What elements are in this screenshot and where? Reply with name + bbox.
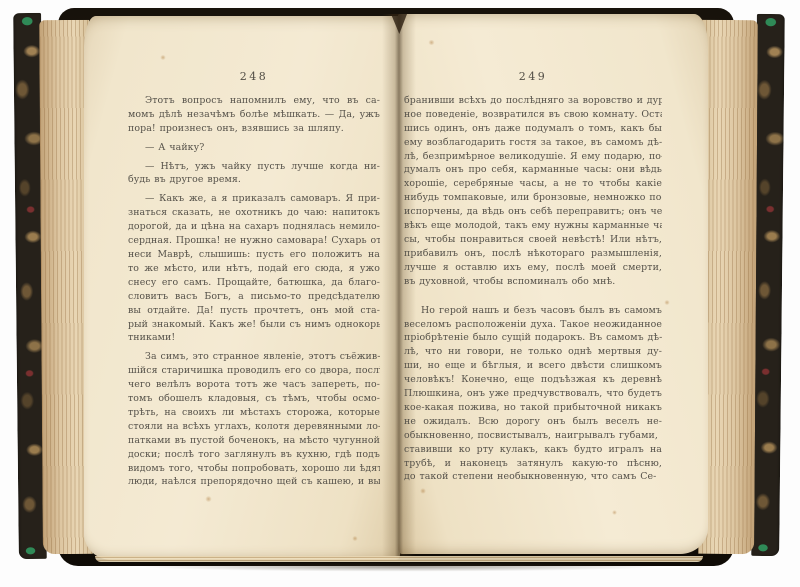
text-line: Плюшкина, онъ уже предчувствовалъ, что б… [404,387,662,401]
text-line: лучше я оставлю ихъ ему, послѣ моей смер… [404,261,662,275]
right-page-number: 249 [404,70,662,84]
paragraph: Этотъ вопросъ напомнилъ ему, что въ са-м… [128,94,380,136]
text-line: ему возблагодарить гостя за такое, въ са… [404,136,662,150]
foxing-spot [612,510,617,515]
text-line: снесу его самъ. Прощайте, батюшка, да бл… [128,276,380,290]
text-line: неси Маврѣ, слышишь: пусть его положитъ … [128,248,380,262]
text-line: ставивши ко рту кулакъ, какъ будто играл… [404,443,662,457]
text-line: рый знакомый. Какъ же! были съ нимъ одно… [128,318,380,332]
text-line: хорошіе, серебряные часы, а не то чтобы … [404,177,662,191]
text-line: пора! произнесъ онъ, взявшись за шляпу. [128,122,380,136]
text-line: Но герой нашъ и безъ часовъ былъ въ само… [404,304,662,318]
text-line: сердная. Прошка! не нужно самовара! Суха… [128,234,380,248]
text-line: будь въ другое время. [128,173,380,187]
text-line: знаться сказать, не охотникъ до чаю: нап… [128,206,380,220]
text-line: За симъ, это странное явленіе, этотъ съё… [128,350,380,364]
paragraph: — А чайку? [128,141,380,155]
text-line: вы отдайте. Да! пусть прочтетъ, онъ мой … [128,304,380,318]
left-page-number: 248 [128,70,380,84]
text-line: ное поведеніе, возвратился въ свою комна… [404,108,662,122]
text-line: трубѣ, и наконецъ затянулъ какую-то пѣсн… [404,457,662,471]
text-line: — Какъ же, а я приказалъ самоваръ. Я при… [128,192,380,206]
paragraph: Но герой нашъ и безъ часовъ былъ въ само… [404,304,662,485]
text-line: люди, наѣлся препорядочно щей съ кашею, … [128,475,380,489]
text-line: обыкновенно, посвистывалъ, наигрывалъ гу… [404,429,662,443]
text-line: шійся старичишка проводилъ его со двора,… [128,364,380,378]
text-line: трѣть, на своихъ ли мѣстахъ сторожа, кот… [128,406,380,420]
text-line: въ духовной, чтобы вспоминалъ обо мнѣ. [404,275,662,289]
text-line: момъ дѣлѣ незачѣмъ болѣе мѣшкать. — Да, … [128,108,380,122]
text-line: веселомъ расположеніи духа. Такое неожид… [404,318,662,332]
text-line: доски; послѣ того заглянулъ въ кухню, гд… [128,448,380,462]
left-page-body: Этотъ вопросъ напомнилъ ему, что въ са-м… [128,94,380,489]
text-line: чего велѣлъ ворота тотъ же часъ запереть… [128,378,380,392]
text-line: человѣкъ! Конечно, еще подъѣзжая къ дере… [404,373,662,387]
text-line: то же мѣсто, или нѣтъ, подай его сюда, я… [128,262,380,276]
text-line: ши, но еще и бѣглыя, и всего двѣсти слиш… [404,359,662,373]
text-line: патками въ пустой боченокъ, на мѣсто чуг… [128,434,380,448]
text-line: испорчены, да вѣдь онъ себѣ переправитъ;… [404,205,662,219]
right-page-body: бранивши всѣхъ до послѣдняго за воровств… [404,94,662,484]
text-line: томъ обошелъ кладовыя, съ тѣмъ, чтобы ос… [128,392,380,406]
text-line: пріобрѣтеніе было сущій подарокъ. Въ сам… [404,331,662,345]
text-line: вѣкъ еще молодой, такъ ему нужны карманн… [404,219,662,233]
text-line: до такой степени необыкновенную, что сам… [404,470,662,484]
text-line: нибудь томпаковые, или бронзовые, немнож… [404,191,662,205]
paragraph: — Нѣтъ, ужъ чайку пусть лучше когда ни-б… [128,160,380,188]
book-photograph: 248 Этотъ вопросъ напомнилъ ему, что въ … [0,0,800,587]
foxing-spot [664,300,670,305]
paragraph: — Какъ же, а я приказалъ самоваръ. Я при… [128,192,380,345]
right-page-text-column: 249 бранивши всѣхъ до послѣдняго за воро… [404,70,662,500]
text-line: лѣ, безпримѣрное великодушіе. Я ему пода… [404,150,662,164]
left-page-text-column: 248 Этотъ вопросъ напомнилъ ему, что въ … [128,70,380,500]
closed-pages-bottom-edge [95,556,703,562]
text-line: кое-какая пожива, но такой прибыточной н… [404,401,662,415]
text-line: — А чайку? [128,141,380,155]
text-line: не ожидалъ. Всю дорогу онъ былъ веселъ н… [404,415,662,429]
foxing-spot [160,55,166,60]
book-drop-shadow [55,563,745,575]
paragraph: За симъ, это странное явленіе, этотъ съё… [128,350,380,489]
text-line: — Нѣтъ, ужъ чайку пусть лучше когда ни- [128,160,380,174]
text-line: Этотъ вопросъ напомнилъ ему, что въ са- [128,94,380,108]
text-line: бранивши всѣхъ до послѣдняго за воровств… [404,94,662,108]
text-line: видомъ того, чтобы попробовать, хорошо л… [128,462,380,476]
text-line: думалъ онъ про себя, карманные часы: они… [404,163,662,177]
text-line: шись одинъ, онъ даже подумалъ о томъ, ка… [404,122,662,136]
text-line: лѣ, что ни говори, не только однѣ мертвы… [404,345,662,359]
foxing-spot [428,40,435,45]
paragraph: бранивши всѣхъ до послѣдняго за воровств… [404,94,662,289]
text-line: словитъ васъ Богъ, а письмо-то предсѣдат… [128,290,380,304]
foxing-spot [352,536,358,541]
text-line: стояли на всѣхъ углахъ, колотя деревянны… [128,420,380,434]
text-line: сы, чтобы понравиться своей невѣстѣ! Или… [404,233,662,247]
text-line: дорогой, да и цѣна на сахаръ поднялась н… [128,220,380,234]
text-line: прибавилъ онъ, послѣ нѣкотораго размышле… [404,247,662,261]
text-line: тниками! [128,331,380,345]
